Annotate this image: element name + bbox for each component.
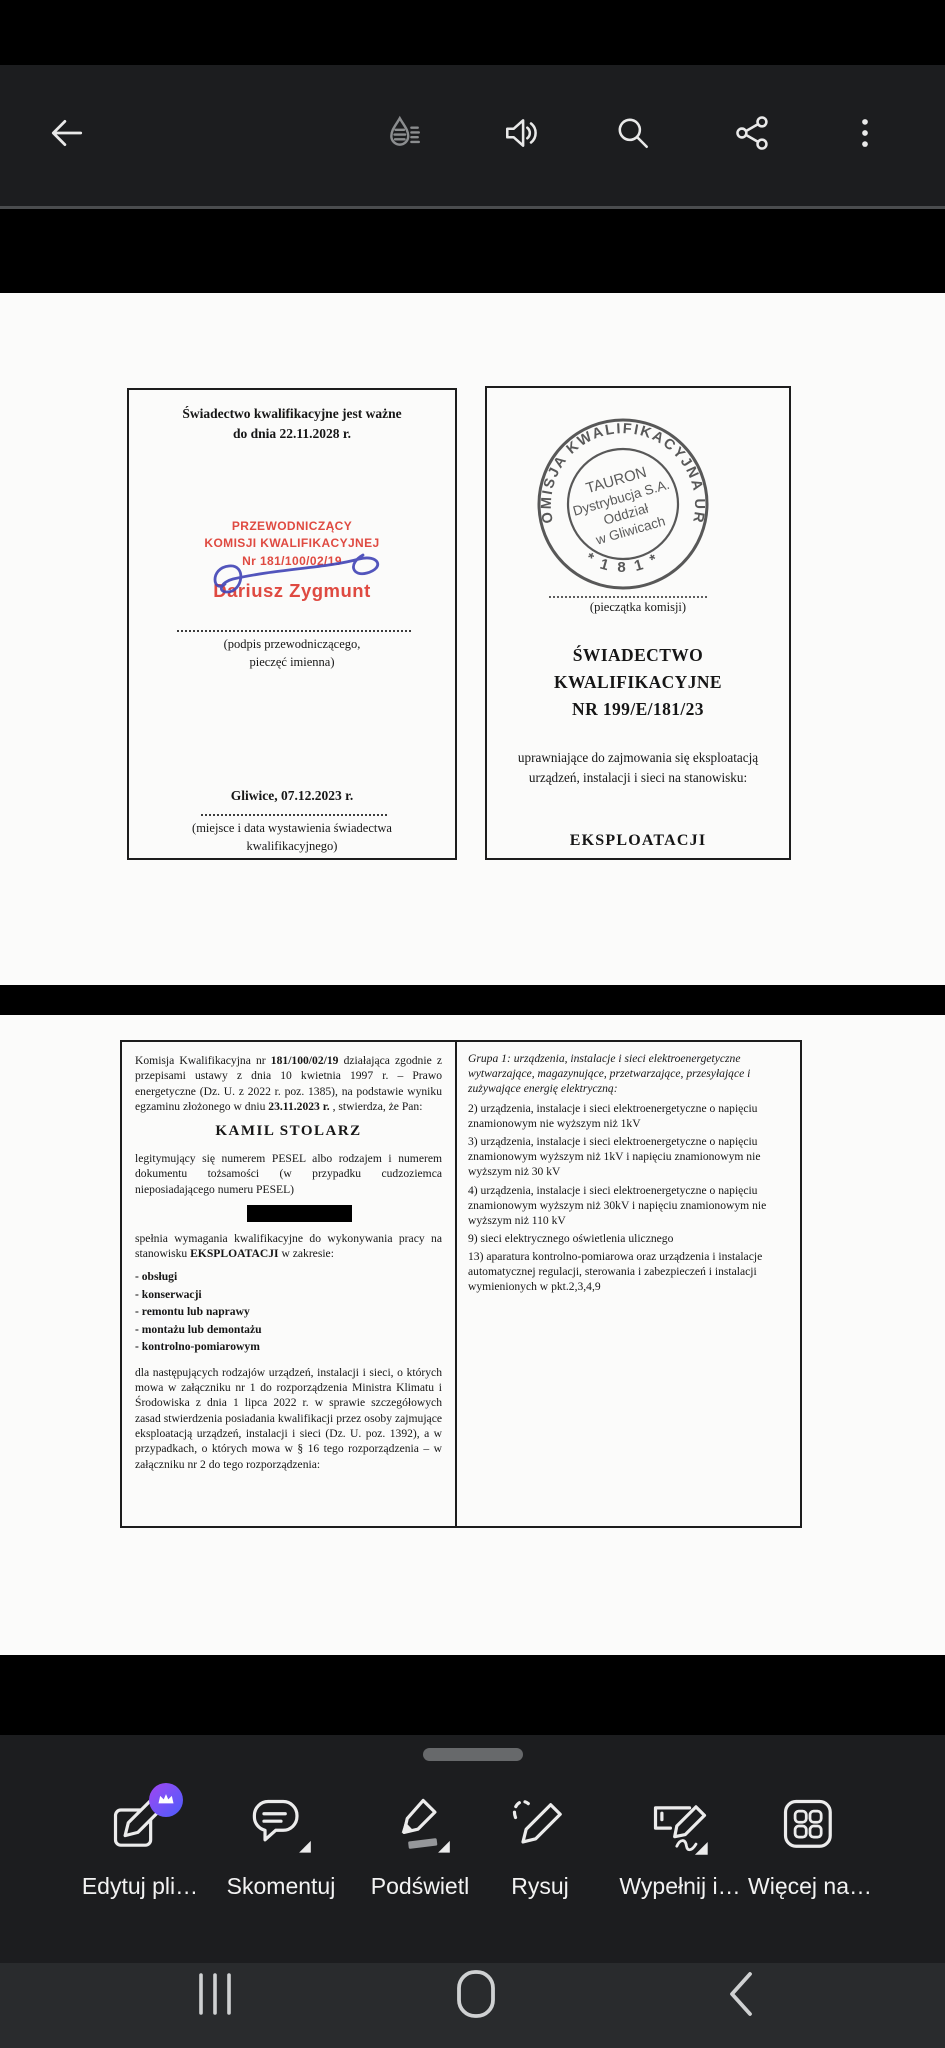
- group1-item: 4) urządzenia, instalacje i sieci elektr…: [468, 1183, 789, 1228]
- highlight-icon: [387, 1793, 453, 1859]
- place-and-date: Gliwice, 07.12.2023 r.: [129, 788, 455, 804]
- android-nav-bar: [0, 1963, 945, 2048]
- tool-label: Więcej na…: [732, 1873, 888, 1900]
- certificate-subtitle: uprawniające do zajmowania się eksploata…: [487, 748, 789, 788]
- tool-label: Skomentuj: [203, 1873, 359, 1900]
- back-nav-icon: [726, 1971, 756, 2022]
- validity-text: Świadectwo kwalifikacyjne jest ważne do …: [129, 404, 455, 445]
- person-name: KAMIL STOLARZ: [135, 1122, 442, 1142]
- read-aloud-icon: [502, 114, 540, 157]
- commission-round-stamp: KOMISJA KWALIFIKACYJNA URE * 1 8 1 * TAU…: [533, 414, 713, 594]
- qualification-text-column: Komisja Kwalifikacyjna nr 181/100/02/19 …: [122, 1042, 457, 1526]
- home-button[interactable]: [455, 1969, 497, 2024]
- signature-dotted-line: [177, 630, 411, 632]
- recents-icon: [192, 1971, 238, 2022]
- appbar-bottom-divider: [0, 206, 945, 209]
- pdf-viewer-screen: Świadectwo kwalifikacyjne jest ważne do …: [0, 0, 945, 2048]
- tool-label: Rysuj: [462, 1873, 618, 1900]
- tool-comment[interactable]: Skomentuj: [203, 1793, 359, 1900]
- app-bar: [0, 65, 945, 206]
- signature-caption: (podpis przewodniczącego, pieczęć imienn…: [129, 636, 455, 671]
- search-button[interactable]: [613, 115, 653, 155]
- sheet-drag-handle[interactable]: [423, 1748, 523, 1761]
- home-icon: [455, 1969, 497, 2024]
- more-options-icon: [846, 114, 884, 157]
- share-icon: [734, 114, 772, 157]
- liquid-mode-button[interactable]: [384, 115, 424, 155]
- share-button[interactable]: [733, 115, 773, 155]
- group1-item: 2) urządzenia, instalacje i sieci elektr…: [468, 1101, 789, 1131]
- redacted-pesel-bar: [247, 1205, 352, 1222]
- svg-text:* 1 8 1 *: * 1 8 1 *: [583, 549, 663, 576]
- premium-crown-badge: [149, 1783, 183, 1817]
- back-nav-button[interactable]: [726, 1971, 756, 2022]
- draw-icon: [507, 1793, 573, 1859]
- document-page-1[interactable]: Świadectwo kwalifikacyjne jest ważne do …: [0, 293, 945, 985]
- place-dotted-line: [201, 814, 387, 816]
- group1-item: 13) aparatura kontrolno-pomiarowa oraz u…: [468, 1249, 789, 1294]
- more-tools-icon: [777, 1793, 843, 1859]
- pesel-paragraph: legitymujący się numerem PESEL albo rodz…: [135, 1151, 442, 1197]
- back-button[interactable]: [47, 115, 87, 155]
- commission-paragraph: Komisja Kwalifikacyjna nr 181/100/02/19 …: [135, 1053, 442, 1114]
- status-bar: [0, 0, 945, 65]
- recents-button[interactable]: [192, 1971, 238, 2022]
- certificate-details-table: Komisja Kwalifikacyjna nr 181/100/02/19 …: [120, 1040, 802, 1528]
- comment-icon: [248, 1793, 314, 1859]
- back-icon: [48, 114, 86, 157]
- group1-item: 3) urządzenia, instalacje i sieci elektr…: [468, 1134, 789, 1179]
- tool-draw[interactable]: Rysuj: [462, 1793, 618, 1900]
- certificate-left-panel: Świadectwo kwalifikacyjne jest ważne do …: [127, 388, 457, 860]
- fill-sign-icon: [647, 1793, 713, 1859]
- stamp-dotted-line: [549, 596, 707, 598]
- regulation-paragraph: dla następujących rodzajów urządzeń, ins…: [135, 1365, 442, 1472]
- scope-paragraph: spełnia wymagania kwalifikacyjne do wyko…: [135, 1231, 442, 1262]
- group1-header: Grupa 1: urządzenia, instalacje i sieci …: [468, 1051, 789, 1096]
- read-aloud-button[interactable]: [501, 115, 541, 155]
- certificate-right-panel: KOMISJA KWALIFIKACYJNA URE * 1 8 1 * TAU…: [485, 386, 791, 860]
- document-page-2[interactable]: Komisja Kwalifikacyjna nr 181/100/02/19 …: [0, 1015, 945, 1655]
- certificate-position: EKSPLOATACJI: [487, 832, 789, 850]
- group1-item: 9) sieci elektrycznego oświetlenia ulicz…: [468, 1231, 789, 1246]
- appbar-divider-line: [138, 105, 140, 165]
- stamp-caption: (pieczątka komisji): [487, 600, 789, 615]
- more-options-button[interactable]: [845, 115, 885, 155]
- group1-column: Grupa 1: urządzenia, instalacje i sieci …: [457, 1042, 800, 1526]
- liquid-mode-icon: [385, 114, 423, 157]
- tool-edit-pdf[interactable]: Edytuj pli…: [62, 1793, 218, 1900]
- tool-label: Edytuj pli…: [62, 1873, 218, 1900]
- tools-bottom-sheet: Edytuj pli… Skomentuj Pod: [0, 1735, 945, 1963]
- tool-more-tools[interactable]: Więcej na…: [732, 1793, 888, 1900]
- place-caption: (miejsce i data wystawienia świadectwa k…: [129, 820, 455, 855]
- round-stamp-inner-text: TAURON Dystrybucja S.A. Oddział w Gliwic…: [566, 459, 681, 552]
- search-icon: [614, 114, 652, 157]
- certificate-title: ŚWIADECTWO KWALIFIKACYJNE NR 199/E/181/2…: [487, 642, 789, 723]
- chairman-red-stamp: PRZEWODNICZĄCY KOMISJI KWALIFIKACYJNEJ N…: [129, 518, 455, 602]
- scope-list: - obsługi - konserwacji - remontu lub na…: [135, 1269, 442, 1355]
